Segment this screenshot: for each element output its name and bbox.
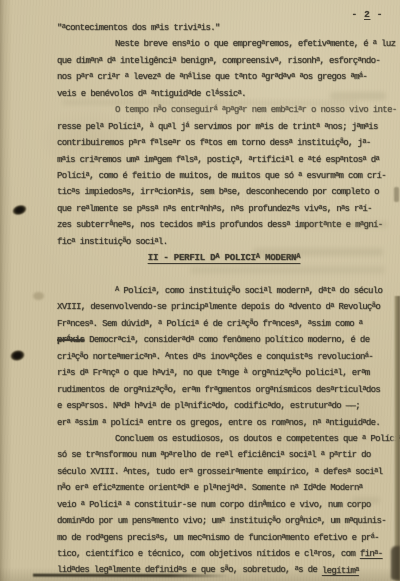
text-line: ticas impiedosas, irracionais, sem base,…: [57, 183, 391, 199]
text-line: Concluem os estudiosos, os doutos e comp…: [57, 430, 391, 446]
paper-smudge: [33, 292, 44, 300]
ink-bleed-ghost: [253, 248, 383, 256]
text-line: Neste breve ensaio o que empregaremos, e…: [57, 35, 391, 51]
text-line: era assim a polícia entre os gregos, ent…: [57, 414, 391, 430]
text-line: resse pela Polícia, à qual já servimos p…: [57, 118, 391, 134]
text-line: veio a Polícia a constituir-se num corpo…: [57, 496, 391, 512]
text-line: criação norteamericana. Antes das inovaç…: [57, 348, 391, 364]
hole-punch-mark: [11, 203, 28, 217]
text-line: e esparsos. Nada havia de planificado, c…: [57, 397, 391, 413]
text-line: A Polícia, como instituição social moder…: [57, 282, 391, 298]
text-line: só se transformou num aparelho de real e…: [57, 446, 391, 462]
right-margin-mark: [394, 187, 399, 202]
text-line: dominado por um pensamento vivo; uma ins…: [57, 512, 391, 528]
ink-bleed-ghost: [330, 92, 386, 100]
text-line: que realmente se passa nas entranhas, na…: [57, 200, 391, 216]
ink-bleed-ghost: [352, 497, 380, 504]
text-line: XVIII, desenvolvendo-se principalmente d…: [57, 298, 391, 314]
text-line: século XVIII. Antes, tudo era grosseiram…: [57, 463, 391, 479]
text-line: rudimentos de organização, eram fragment…: [57, 381, 391, 397]
text-line: mo de rodagens precisas, um mecanismo de…: [57, 529, 391, 545]
text-line: não era eficazmente orientada e planejad…: [57, 479, 391, 495]
text-line: tico, científico e técnico, com objetivo…: [57, 545, 391, 561]
page-edge-shadow-right: [391, 296, 400, 581]
ink-bleed-ghost: [190, 266, 385, 274]
text-line: práxis Democracia, considerada como fenô…: [57, 331, 391, 347]
hole-punch-mark: [9, 349, 26, 363]
text-line: Francesa. Sem dúvida, a Polícia é de cri…: [57, 315, 391, 331]
text-line: "acontecimentos dos mais triviais.": [57, 19, 391, 35]
text-line: que dimana da inteligência benigna, comp…: [57, 52, 391, 68]
text-line: mais criaremos uma imagem falsa, postiça…: [57, 151, 391, 167]
scanned-document-page: - 2 - "acontecimentos dos mais triviais.…: [0, 0, 400, 581]
text-line: Polícia, como é feitio de muitos, de mui…: [57, 167, 391, 183]
text-line: fica instituição social.: [57, 233, 391, 249]
text-line: contribuiremos para falsear os fatos em …: [57, 134, 391, 150]
ink-bleed-ghost: [300, 221, 388, 228]
text-line: nos para criar a leveza de análise que t…: [57, 68, 391, 84]
text-line: rias da França o que havia, no que tange…: [57, 364, 391, 380]
corner-stain-bottom-right: [391, 546, 400, 580]
